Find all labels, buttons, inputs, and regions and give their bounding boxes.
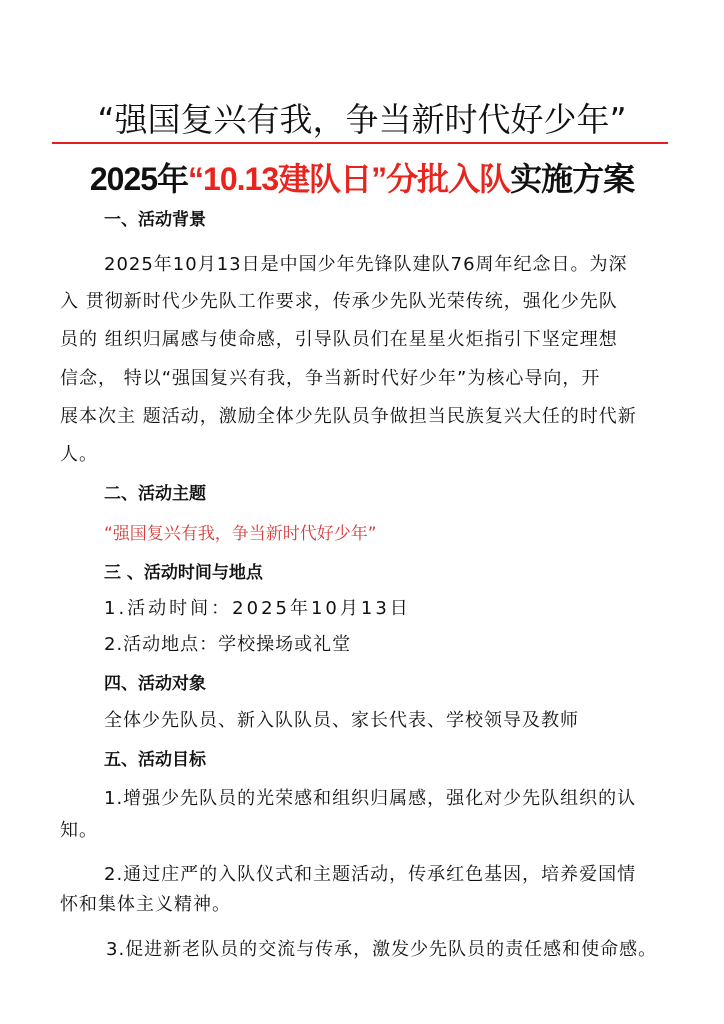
paragraph-line: 信念， 特以“强国复兴有我，争当新时代好少年”为核心导向，开	[60, 367, 600, 391]
activity-time: 1.活动时间：2025年10月13日	[104, 597, 411, 621]
section-heading-time-place: 三 、活动时间与地点	[104, 561, 263, 585]
paragraph-line: 人。	[60, 443, 98, 467]
section-heading-participants: 四、活动对象	[104, 672, 206, 696]
title-highlight: “10.13建队日”分批入队	[188, 161, 510, 197]
section-heading-background: 一、活动背景	[104, 208, 206, 232]
goal-1-line: 1.增强少先队员的光荣感和组织归属感，强化对少先队组织的认	[104, 787, 636, 811]
goal-3-line: 3.促进新老队员的交流与传承，激发少先队员的责任感和使命感。	[106, 938, 657, 962]
paragraph-line: 2025年10月13日是中国少年先锋队建队76周年纪念日。为深	[104, 253, 628, 277]
paragraph-line: 员的 组织归属感与使命感，引导队员们在星星火炬指引下坚定理想	[60, 328, 618, 352]
section-heading-goals: 五、活动目标	[104, 748, 206, 772]
theme-text: “强国复兴有我，争当新时代好少年”	[104, 522, 377, 546]
section-heading-theme: 二、活动主题	[104, 482, 206, 506]
slogan-heading: “强国复兴有我，争当新时代好少年”	[0, 100, 724, 140]
activity-place: 2.活动地点：学校操场或礼堂	[104, 633, 351, 657]
title-year: 2025年	[90, 161, 188, 197]
goal-1-line: 知。	[60, 819, 98, 843]
title-suffix: 实施方案	[510, 161, 634, 197]
goal-2-line: 2.通过庄严的入队仪式和主题活动，传承红色基因，培养爱国情	[104, 863, 636, 887]
paragraph-line: 入 贯彻新时代少先队工作要求，传承少先队光荣传统，强化少先队	[60, 290, 618, 314]
paragraph-line: 展本次主 题活动，激励全体少先队员争做担当民族复兴大任的时代新	[60, 405, 637, 429]
document-title: 2025年“10.13建队日”分批入队实施方案	[0, 158, 724, 200]
red-divider	[52, 142, 668, 144]
participants-text: 全体少先队员、新入队队员、家长代表、学校领导及教师	[104, 709, 579, 733]
goal-2-line: 怀和集体主义精神。	[60, 893, 231, 917]
